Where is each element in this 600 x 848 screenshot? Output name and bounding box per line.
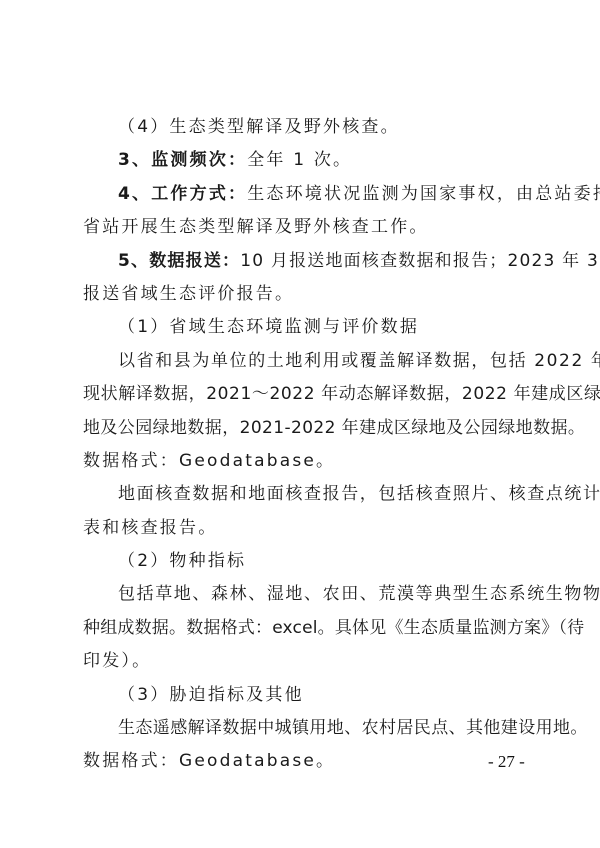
line-text: 数据格式：Geodatabase。	[83, 751, 335, 771]
item-label: 4、工作方式：	[118, 184, 247, 204]
item-work-mode: 4、工作方式：生态环境状况监测为国家事权，由总站委托	[83, 178, 529, 211]
paragraph-line: 现状解译数据，2021～2022 年动态解译数据，2022 年建成区绿	[83, 378, 529, 411]
line-text: （1）省域生态环境监测与评价数据	[118, 317, 419, 337]
line-text: 表和核查报告。	[83, 518, 217, 538]
paragraph-line: 数据格式：Geodatabase。	[83, 745, 529, 778]
paragraph-line: 地面核查数据和地面核查报告，包括核查照片、核查点统计	[83, 478, 529, 511]
section-heading-3: （3）胁迫指标及其他	[83, 679, 529, 712]
line-text: 报送省域生态评价报告。	[83, 284, 294, 304]
paragraph-line: 地及公园绿地数据，2021-2022 年建成区绿地及公园绿地数据。	[83, 412, 529, 445]
paragraph-line: 表和核查报告。	[83, 512, 529, 545]
line-text: 印发）。	[83, 651, 151, 671]
line-text: 地及公园绿地数据，2021-2022 年建成区绿地及公园绿地数据。	[83, 418, 585, 438]
item-label: 5、数据报送：	[118, 251, 240, 271]
page-number: - 27 -	[488, 752, 525, 772]
line-text: 包括草地、森林、湿地、农田、荒漠等典型生态系统生物物	[118, 584, 600, 604]
paragraph-line: 省站开展生态类型解译及野外核查工作。	[83, 211, 529, 244]
line-text: 生态遥感解译数据中城镇用地、农村居民点、其他建设用地。	[118, 718, 588, 738]
item-frequency: 3、监测频次：全年 1 次。	[83, 144, 529, 177]
item-data-submission: 5、数据报送：10 月报送地面核查数据和报告；2023 年 3 月	[83, 245, 529, 278]
item-label: 3、监测频次：	[118, 150, 247, 170]
line-text: 现状解译数据，2021～2022 年动态解译数据，2022 年建成区绿	[83, 384, 600, 404]
paragraph-line: 报送省域生态评价报告。	[83, 278, 529, 311]
line-text: 种组成数据。数据格式：excel。具体见《生态质量监测方案》（待	[83, 618, 584, 638]
document-page: （4）生态类型解译及野外核查。 3、监测频次：全年 1 次。 4、工作方式：生态…	[83, 111, 529, 779]
paragraph-line: 以省和县为单位的土地利用或覆盖解译数据，包括 2022 年	[83, 345, 529, 378]
line-text: 地面核查数据和地面核查报告，包括核查照片、核查点统计	[118, 484, 600, 504]
line-text: 以省和县为单位的土地利用或覆盖解译数据，包括 2022 年	[118, 351, 600, 371]
paragraph-line: 种组成数据。数据格式：excel。具体见《生态质量监测方案》（待	[83, 612, 529, 645]
section-heading-4: （4）生态类型解译及野外核查。	[83, 111, 529, 144]
item-text: 全年 1 次。	[247, 150, 352, 170]
line-text: 数据格式：Geodatabase。	[83, 451, 335, 471]
line-text: （2）物种指标	[118, 551, 246, 571]
paragraph-line: 印发）。	[83, 645, 529, 678]
paragraph-line: 数据格式：Geodatabase。	[83, 445, 529, 478]
item-text: 10 月报送地面核查数据和报告；2023 年 3 月	[240, 251, 600, 271]
line-text: （4）生态类型解译及野外核查。	[118, 117, 400, 137]
line-text: 省站开展生态类型解译及野外核查工作。	[83, 217, 429, 237]
section-heading-1: （1）省域生态环境监测与评价数据	[83, 311, 529, 344]
paragraph-line: 包括草地、森林、湿地、农田、荒漠等典型生态系统生物物	[83, 578, 529, 611]
item-text: 生态环境状况监测为国家事权，由总站委托	[247, 184, 600, 204]
line-text: （3）胁迫指标及其他	[118, 685, 304, 705]
paragraph-line: 生态遥感解译数据中城镇用地、农村居民点、其他建设用地。	[83, 712, 529, 745]
section-heading-2: （2）物种指标	[83, 545, 529, 578]
